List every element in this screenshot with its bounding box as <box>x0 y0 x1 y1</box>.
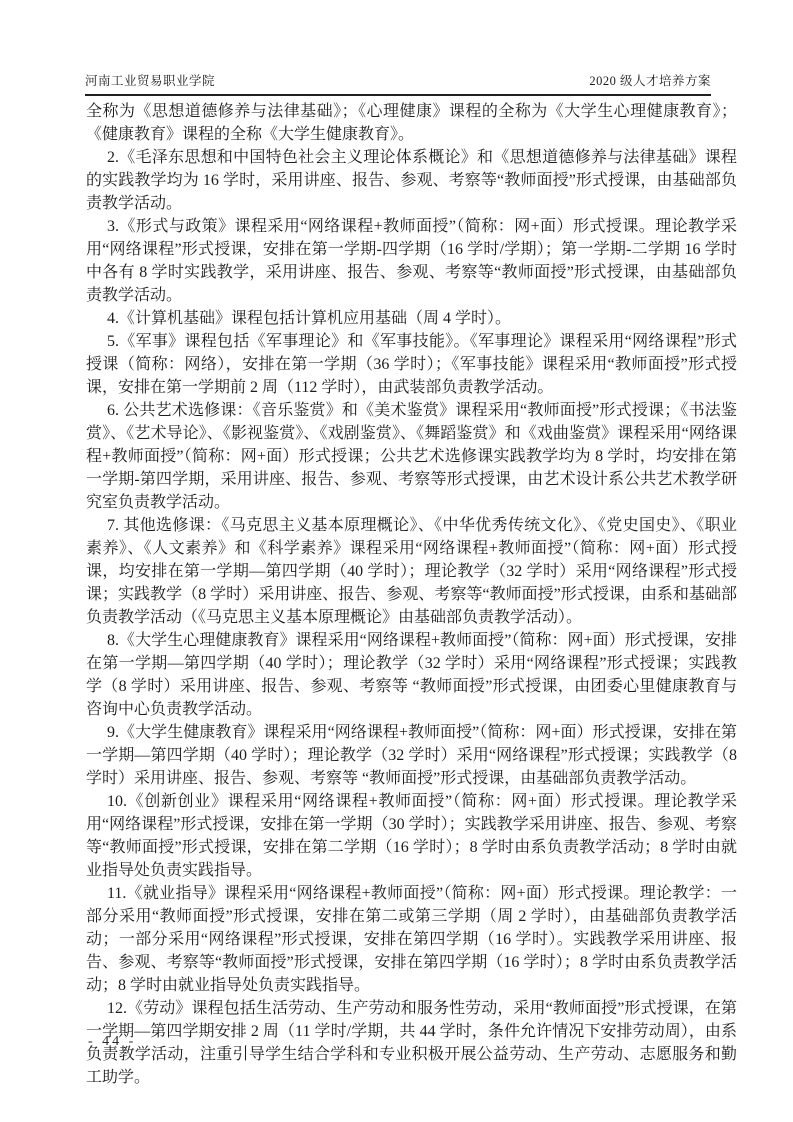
page-header: 河南工业贸易职业学院 2020 级人才培养方案 <box>85 71 711 96</box>
paragraph-continuation: 全称为《思想道德修养与法律基础》；《心理健康》课程的全称为《大学生心理健康教育》… <box>86 100 737 146</box>
paragraph-item-11: 11.《就业指导》课程采用“网络课程+教师面授”（简称：网+面）形式授课。理论教… <box>86 882 737 997</box>
paragraph-item-6: 6. 公共艺术选修课：《音乐鉴赏》和《美术鉴赏》课程采用“教师面授”形式授课；《… <box>86 399 737 514</box>
header-school-name: 河南工业贸易职业学院 <box>85 71 215 89</box>
paragraph-item-8: 8.《大学生心理健康教育》课程采用“网络课程+教师面授”（简称：网+面）形式授课… <box>86 629 737 721</box>
paragraph-item-4: 4.《计算机基础》课程包括计算机应用基础（周 4 学时）。 <box>86 307 737 330</box>
header-plan-title: 2020 级人才培养方案 <box>589 71 711 89</box>
paragraph-item-10: 10.《创新创业》课程采用“网络课程+教师面授”（简称：网+面）形式授课。理论教… <box>86 790 737 882</box>
paragraph-item-7: 7. 其他选修课：《马克思主义基本原理概论》、《中华优秀传统文化》、《党史国史》… <box>86 514 737 629</box>
paragraph-item-12: 12.《劳动》课程包括生活劳动、生产劳动和服务性劳动，采用“教师面授”形式授课，… <box>86 997 737 1089</box>
document-body: 全称为《思想道德修养与法律基础》；《心理健康》课程的全称为《大学生心理健康教育》… <box>86 100 737 1089</box>
paragraph-item-3: 3.《形式与政策》课程采用“网络课程+教师面授”（简称：网+面）形式授课。理论教… <box>86 215 737 307</box>
paragraph-item-2: 2.《毛泽东思想和中国特色社会主义理论体系概论》和《思想道德修养与法律基础》课程… <box>86 146 737 215</box>
paragraph-item-9: 9.《大学生健康教育》课程采用“网络课程+教师面授”（简称：网+面）形式授课，安… <box>86 721 737 790</box>
paragraph-item-5: 5.《军事》课程包括《军事理论》和《军事技能》。《军事理论》课程采用“网络课程”… <box>86 330 737 399</box>
page-number: - 44 - <box>88 1034 136 1050</box>
document-page: 河南工业贸易职业学院 2020 级人才培养方案 全称为《思想道德修养与法律基础》… <box>0 0 793 1122</box>
